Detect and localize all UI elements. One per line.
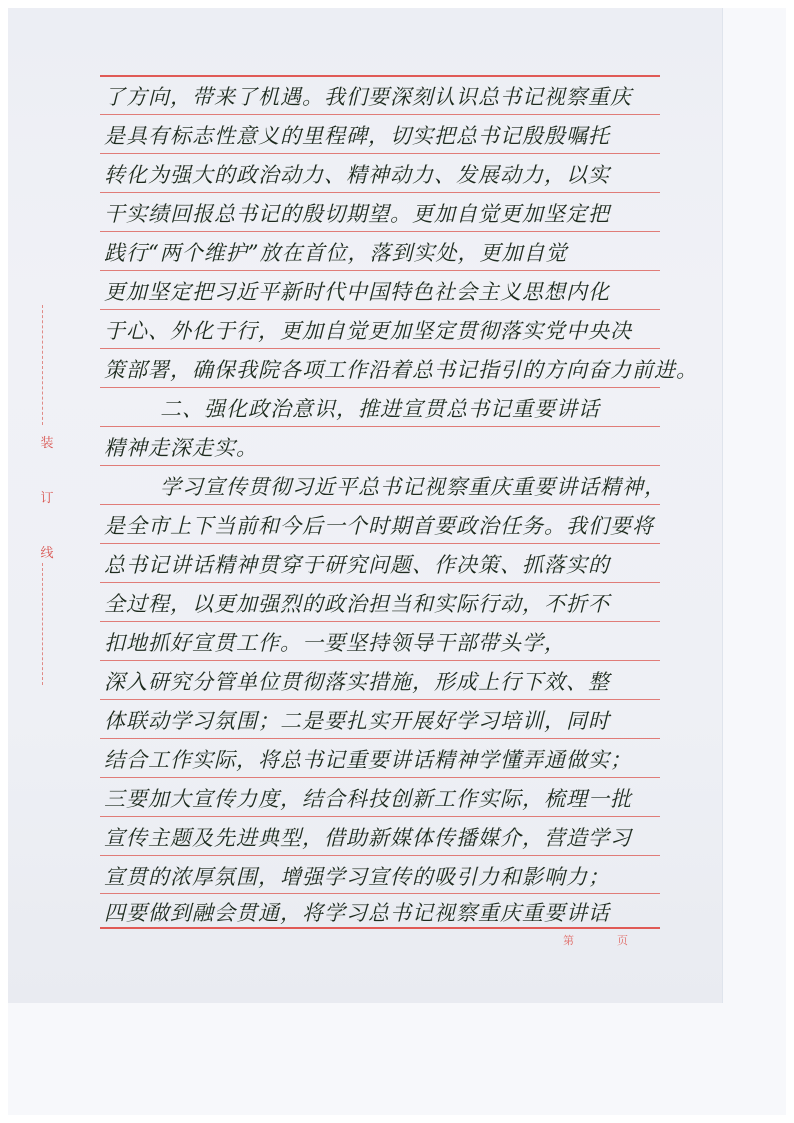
manuscript-line: 更加坚定把习近平新时代中国特色社会主义思想内化 — [104, 275, 674, 309]
ruled-line — [100, 309, 660, 310]
manuscript-line: 宣传主题及先进典型，借助新媒体传播媒介，营造学习 — [104, 821, 674, 855]
manuscript-line: 扣地抓好宣贯工作。一要坚持领导干部带头学， — [104, 626, 674, 660]
ruled-line — [100, 270, 660, 271]
manuscript-line: 了方向，带来了机遇。我们要深刻认识总书记视察重庆 — [104, 80, 674, 114]
ruled-line — [100, 114, 660, 115]
binding-char-ding: 订 — [40, 487, 54, 506]
manuscript-line: 结合工作实际，将总书记重要讲话精神学懂弄通做实； — [104, 743, 674, 777]
manuscript-line: 学习宣传贯彻习近平总书记视察重庆重要讲话精神， — [104, 470, 674, 504]
manuscript-line: 三要加大宣传力度，结合科技创新工作实际，梳理一批 — [104, 782, 674, 816]
binding-char-xian: 线 — [40, 542, 54, 561]
ruled-line — [100, 192, 660, 193]
ruled-line — [100, 348, 660, 349]
ruled-line — [100, 387, 660, 388]
ruled-line — [100, 660, 660, 661]
manuscript-line: 是具有标志性意义的里程碑，切实把总书记殷殷嘱托 — [104, 119, 674, 153]
ruled-line — [100, 582, 660, 583]
manuscript-line: 体联动学习氛围；二是要扎实开展好学习培训，同时 — [104, 704, 674, 738]
ruled-line — [100, 153, 660, 154]
ruled-line — [100, 699, 660, 700]
ruled-line — [100, 231, 660, 232]
manuscript-line: 是全市上下当前和今后一个时期首要政治任务。我们要将 — [104, 509, 674, 543]
ruled-line — [100, 777, 660, 778]
manuscript-line: 干实绩回报总书记的殷切期望。更加自觉更加坚定把 — [104, 197, 674, 231]
ruled-line — [100, 855, 660, 856]
page-number-prefix: 第 — [563, 932, 574, 948]
manuscript-line: 全过程，以更加强烈的政治担当和实际行动，不折不 — [104, 587, 674, 621]
ruled-line — [100, 75, 660, 77]
ruled-line — [100, 426, 660, 427]
ruled-line — [100, 816, 660, 817]
ruled-line — [100, 504, 660, 505]
ruled-line — [100, 621, 660, 622]
ruled-line — [100, 543, 660, 544]
binding-char-zhuang: 装 — [40, 432, 54, 451]
binding-dashed-line-top — [42, 305, 43, 425]
manuscript-line: 践行“两个维护”放在首位，落到实处，更加自觉 — [104, 236, 674, 270]
section-heading-line: 二、强化政治意识，推进宣贯总书记重要讲话 — [104, 392, 674, 426]
manuscript-line: 转化为强大的政治动力、精神动力、发展动力，以实 — [104, 158, 674, 192]
section-heading-line: 精神走深走实。 — [104, 431, 674, 465]
ruled-line — [100, 465, 660, 466]
ruled-line — [100, 738, 660, 739]
manuscript-line: 深入研究分管单位贯彻落实措施，形成上行下效、整 — [104, 665, 674, 699]
page-number-suffix: 页 — [617, 932, 628, 948]
binding-dashed-line-bottom — [42, 563, 43, 685]
manuscript-line: 宣贯的浓厚氛围，增强学习宣传的吸引力和影响力； — [104, 860, 674, 894]
manuscript-line: 四要做到融会贯通，将学习总书记视察重庆重要讲话 — [104, 896, 674, 930]
manuscript-line: 总书记讲话精神贯穿于研究问题、作决策、抓落实的 — [104, 548, 674, 582]
manuscript-line: 策部署，确保我院各项工作沿着总书记指引的方向奋力前进。 — [104, 353, 674, 387]
manuscript-line: 于心、外化于行，更加自觉更加坚定贯彻落实党中央决 — [104, 314, 674, 348]
